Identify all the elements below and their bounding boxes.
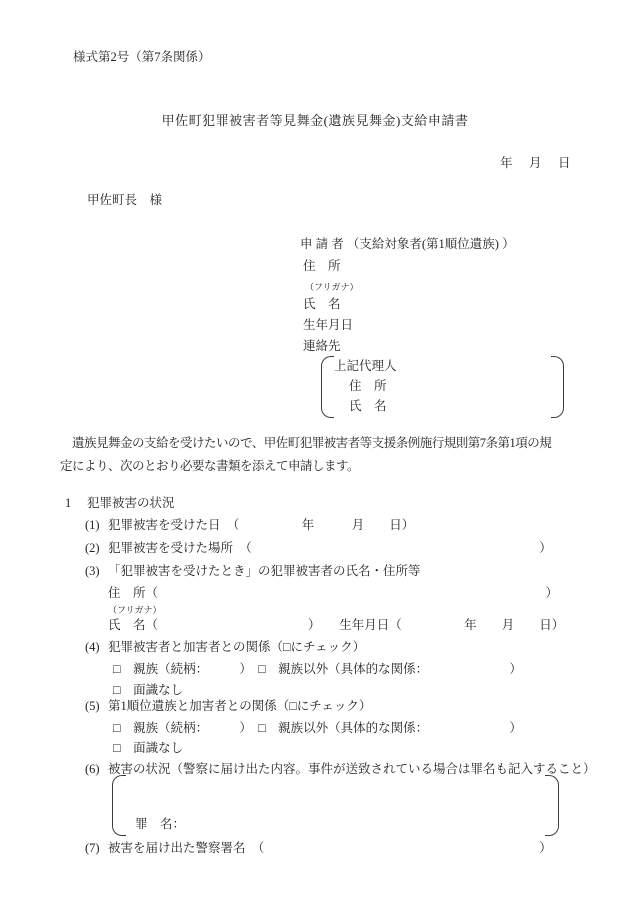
item-6-text: 被害の状況（警察に届け出た内容。事件が送致されている場合は罪名も記入すること） [108,762,596,776]
item-2-text: 犯罪被害を受けた場所 （ ） [108,541,552,555]
damage-bracket-left [112,775,126,836]
section1-heading-text: 犯罪被害の状況 [87,496,175,510]
item-5-nonkin-label: 親族以外（具体的な関係： ） [266,721,522,735]
section1-number: 1 [65,497,87,510]
item-5-noacq-option: □ 面識なし [113,742,183,755]
item-4-nonkin-label: 親族以外（具体的な関係： ） [266,662,522,676]
item-1-number: (1) [85,519,108,532]
agent-heading: 上記代理人 [334,360,397,373]
item-5-text: 第1順位遺族と加害者との関係（□にチェック） [108,699,371,713]
item-4-nonkin-checkbox[interactable]: □ [258,662,266,676]
section1-heading: 1犯罪被害の状況 [65,497,175,510]
item-5-kin-checkbox[interactable]: □ [113,721,121,735]
item-4-noacq-checkbox[interactable]: □ [113,683,121,697]
item-5-number: (5) [85,700,108,713]
item-3: (3)「犯罪被害を受けたとき」の犯罪被害者の氏名・住所等 [85,565,421,578]
item-5-relation-options: □ 親族（続柄： ） □ 親族以外（具体的な関係： ） [113,722,522,735]
item-4: (4)犯罪被害者と加害者との関係（□にチェック） [85,641,365,654]
addressee: 甲佐町長 様 [87,194,162,207]
item-4-relation-options: □ 親族（続柄： ） □ 親族以外（具体的な関係： ） [113,663,522,676]
item-3-text: 「犯罪被害を受けたとき」の犯罪被害者の氏名・住所等 [108,564,421,578]
item-5-kin-label: 親族（続柄： ） [121,721,259,735]
damage-bracket-right [545,775,559,836]
crime-name-label: 罪 名： [135,818,185,831]
item-4-noacq-option: □ 面識なし [113,684,183,697]
date-line: 年 月 日 [500,157,573,170]
item-4-kin-label: 親族（続柄： ） [121,662,259,676]
form-number: 様式第2号（第7条関係） [73,51,211,64]
item-5: (5)第1順位遺族と加害者との関係（□にチェック） [85,700,371,713]
item-6-number: (6) [85,763,108,776]
applicant-heading: 申 請 者 （支給対象者(第1順位遺族) ） [300,238,515,251]
page-title: 甲佐町犯罪被害者等見舞金(遺族見舞金)支給申請書 [0,110,630,129]
item-3-name-dob-line: 氏 名（ ） 生年月日（ 年 月 日） [108,619,564,632]
item-7-number: (7) [85,842,108,855]
agent-bracket-right [551,356,564,418]
applicant-furigana-label: （フリガナ） [305,283,359,292]
applicant-dob-label: 生年月日 [303,319,353,332]
request-text-line-1: 遺族見舞金の支給を受けたいので、甲佐町犯罪被害者等支援条例施行規則第7条第1項の… [60,437,551,450]
item-5-nonkin-checkbox[interactable]: □ [258,721,266,735]
item-3-address-line: 住 所（ ） [108,587,558,600]
item-3-number: (3) [85,565,108,578]
item-7: (7)被害を届け出た警察署名 （ ） [85,842,552,855]
applicant-name-label: 氏 名 [303,298,341,311]
item-2-number: (2) [85,542,108,555]
agent-bracket-left [321,356,334,418]
item-4-noacq-label: 面識なし [121,683,184,697]
agent-address-label: 住 所 [349,380,387,393]
item-3-furigana-label: （フリガナ） [108,606,162,615]
applicant-address-label: 住 所 [303,260,341,273]
document-page: 様式第2号（第7条関係） 甲佐町犯罪被害者等見舞金(遺族見舞金)支給申請書 年 … [0,0,630,903]
item-4-number: (4) [85,641,108,654]
item-4-text: 犯罪被害者と加害者との関係（□にチェック） [108,640,365,654]
item-6: (6)被害の状況（警察に届け出た内容。事件が送致されている場合は罪名も記入するこ… [85,763,596,776]
item-2: (2)犯罪被害を受けた場所 （ ） [85,542,552,555]
applicant-contact-label: 連絡先 [303,340,341,353]
item-1: (1)犯罪被害を受けた日 （ 年 月 日） [85,519,414,532]
item-4-kin-checkbox[interactable]: □ [113,662,121,676]
item-5-noacq-label: 面識なし [121,741,184,755]
item-7-text: 被害を届け出た警察署名 （ ） [108,841,552,855]
item-5-noacq-checkbox[interactable]: □ [113,741,121,755]
request-text-line-2: 定により、次のとおり必要な書類を添えて申請します。 [60,460,359,473]
item-1-text: 犯罪被害を受けた日 （ 年 月 日） [108,518,414,532]
agent-name-label: 氏 名 [349,400,387,413]
